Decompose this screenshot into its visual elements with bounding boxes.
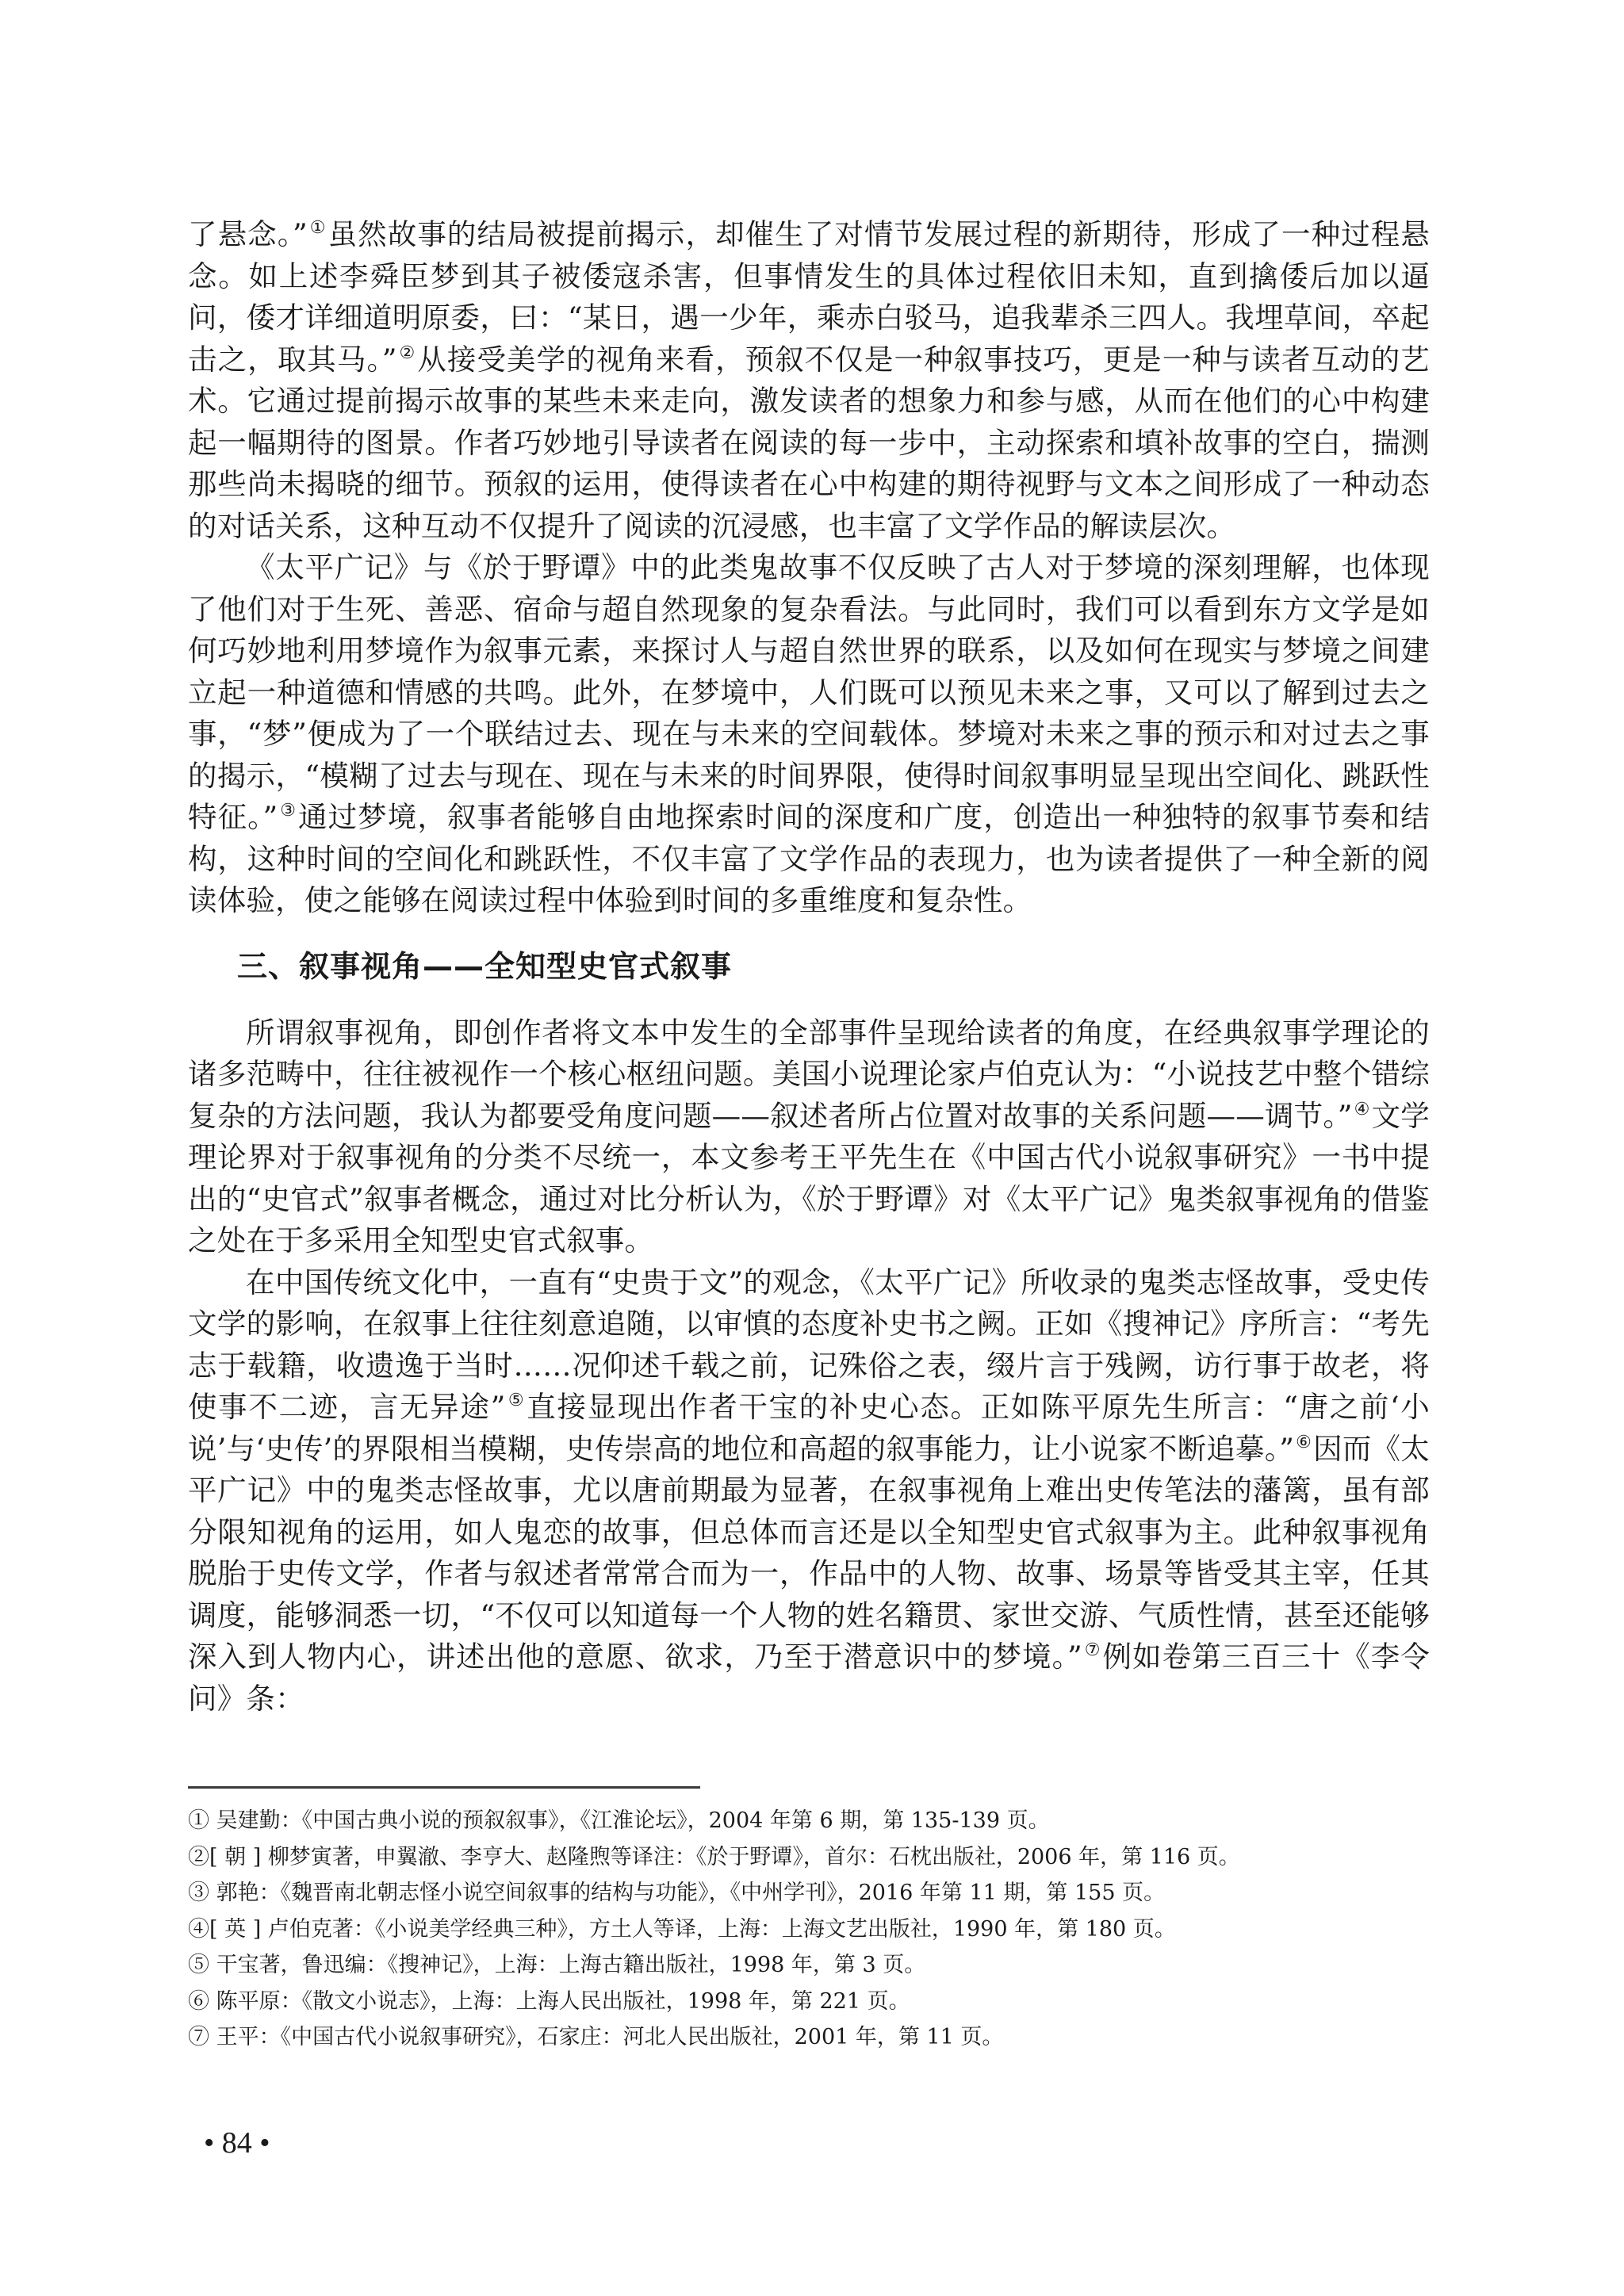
- footnote-divider: [188, 1786, 700, 1789]
- footnote-ref-5[interactable]: ⑤: [507, 1391, 525, 1410]
- paragraph-3: 所谓叙事视角，即创作者将文本中发生的全部事件呈现给读者的角度，在经典叙事学理论的…: [188, 1012, 1430, 1262]
- footnote-1: ① 吴建勤：《中国古典小说的预叙叙事》，《江淮论坛》，2004 年第 6 期，第…: [188, 1803, 1430, 1839]
- footnote-ref-2[interactable]: ②: [399, 343, 416, 363]
- footnote-7: ⑦ 王平：《中国古代小说叙事研究》，石家庄：河北人民出版社，2001 年，第 1…: [188, 2019, 1430, 2056]
- footnote-4: ④[ 英 ] 卢伯克著：《小说美学经典三种》，方土人等译，上海：上海文艺出版社，…: [188, 1911, 1430, 1948]
- footnote-3: ③ 郭艳：《魏晋南北朝志怪小说空间叙事的结构与功能》，《中州学刊》，2016 年…: [188, 1875, 1430, 1911]
- paragraph-text: 因而《太平广记》中的鬼类志怪故事，尤以唐前期最为显著，在叙事视角上难出史传笔法的…: [188, 1432, 1430, 1674]
- footnote-ref-1[interactable]: ①: [309, 218, 327, 238]
- paragraph-4: 在中国传统文化中，一直有“史贵于文”的观念，《太平广记》所收录的鬼类志怪故事，受…: [188, 1262, 1430, 1720]
- footnote-6: ⑥ 陈平原：《散文小说志》，上海：上海人民出版社，1998 年，第 221 页。: [188, 1984, 1430, 2020]
- paragraph-text: 通过梦境，叙事者能够自由地探索时间的深度和广度，创造出一种独特的叙事节奏和结构，…: [188, 800, 1430, 917]
- footnote-2: ②[ 朝 ] 柳梦寅著，申翼澈、李亨大、赵隆煦等译注：《於于野谭》，首尔：石枕出…: [188, 1839, 1430, 1876]
- paragraph-2: 《太平广记》与《於于野谭》中的此类鬼故事不仅反映了古人对于梦境的深刻理解，也体现…: [188, 547, 1430, 922]
- footnote-ref-4[interactable]: ④: [1354, 1100, 1370, 1119]
- footnote-ref-6[interactable]: ⑥: [1296, 1433, 1312, 1452]
- paragraph-text: 所谓叙事视角，即创作者将文本中发生的全部事件呈现给读者的角度，在经典叙事学理论的…: [188, 1016, 1430, 1133]
- paragraph-text: 《太平广记》与《於于野谭》中的此类鬼故事不仅反映了古人对于梦境的深刻理解，也体现…: [188, 550, 1430, 834]
- page-number: • 84 •: [204, 2127, 270, 2159]
- paragraph-1: 了悬念。”①虽然故事的结局被提前揭示，却催生了对情节发展过程的新期待，形成了一种…: [188, 214, 1430, 547]
- section-heading: 三、叙事视角——全知型史官式叙事: [188, 938, 1430, 995]
- paragraph-text: 了悬念。”: [188, 217, 308, 251]
- footnote-ref-7[interactable]: ⑦: [1084, 1640, 1101, 1660]
- page-body: 了悬念。”①虽然故事的结局被提前揭示，却催生了对情节发展过程的新期待，形成了一种…: [188, 214, 1430, 1720]
- footnote-5: ⑤ 干宝著，鲁迅编：《搜神记》，上海：上海古籍出版社，1998 年，第 3 页。: [188, 1947, 1430, 1984]
- footnotes: ① 吴建勤：《中国古典小说的预叙叙事》，《江淮论坛》，2004 年第 6 期，第…: [188, 1786, 1430, 2056]
- footnote-ref-3[interactable]: ③: [279, 801, 297, 821]
